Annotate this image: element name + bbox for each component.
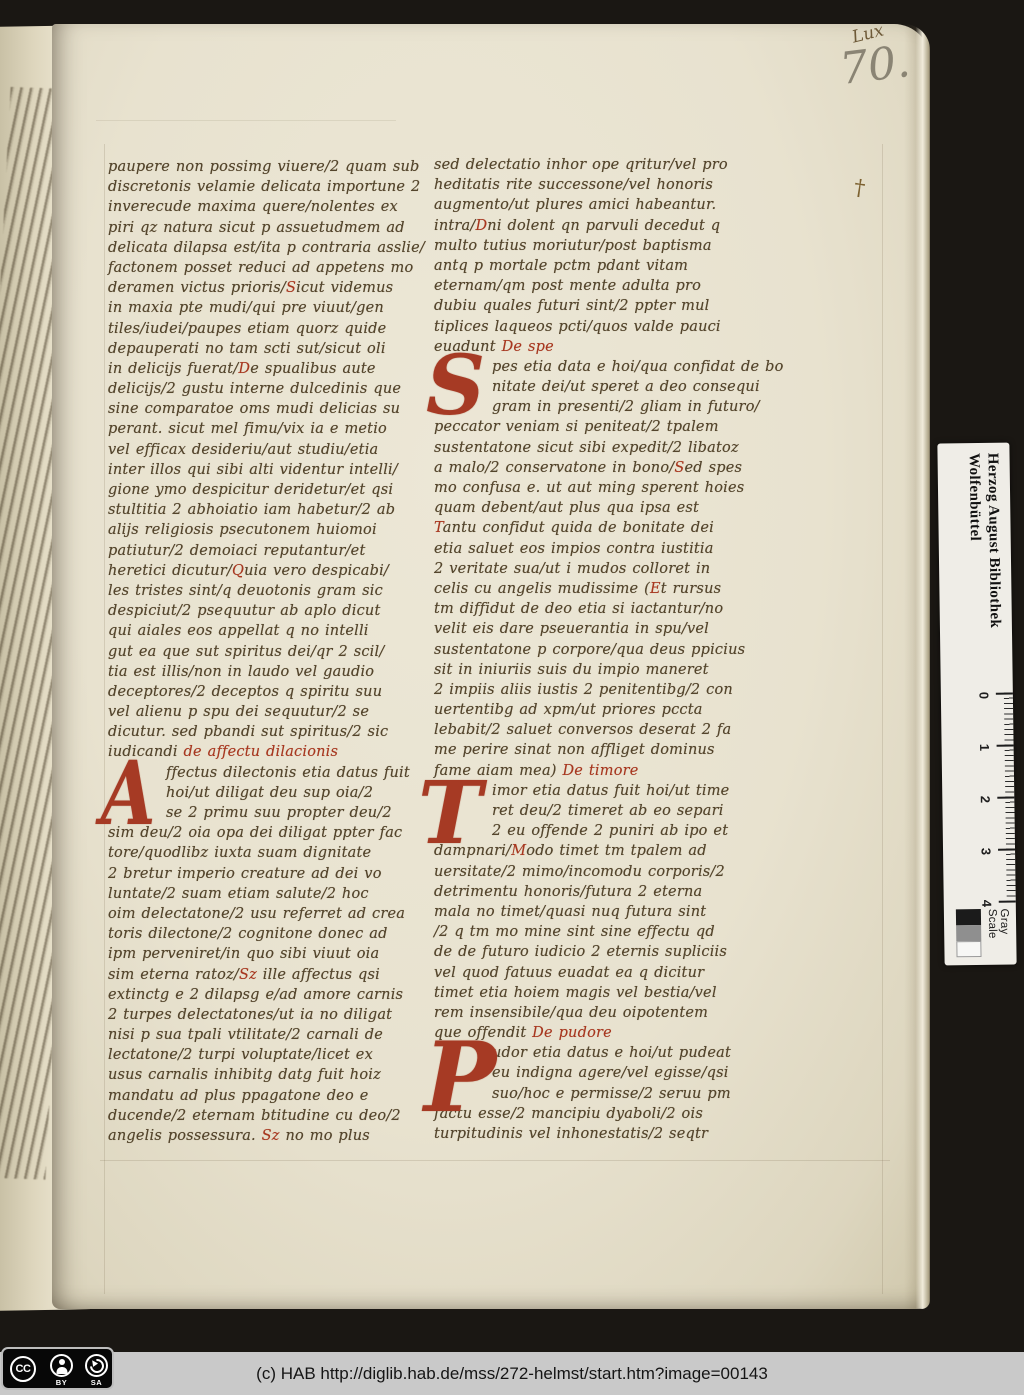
manuscript-line: 2 bretur imperio creature ad dei vo [108,864,438,884]
manuscript-line: tiles/iudei/paupes etiam quorz quide [108,319,438,339]
manuscript-line: dubiu quales futuri sint/2 ppter mul [434,296,774,316]
manuscript-line: augmento/ut plures amici habeantur. [434,195,774,215]
cc-icon-label: CC [16,1363,31,1375]
manuscript-line: extinctg e 2 dilapsg e/ad amore carnis [108,985,438,1005]
right-block-2: pes etia data e hoi/qua confidat de boni… [434,357,774,781]
library-name-line1: Herzog August Bibliothek [983,453,1005,699]
red-initial-s: S [426,353,485,420]
manuscript-line: deceptores/2 deceptos q spiritu suu [108,682,438,702]
gray-scale-label: Gray Scale [986,909,1011,959]
rubric-text: Sz [262,1128,280,1144]
rubric-text: D [475,218,487,234]
manuscript-line: me perire sinat non affliget dominus [434,740,774,760]
manuscript-line: multo tutius moriutur/post baptisma [434,236,774,256]
rubric-text: M [511,843,526,859]
caption-bar: (c) HAB http://diglib.hab.de/mss/272-hel… [0,1352,1024,1395]
gray-patch-white [956,941,981,957]
manuscript-line: alijs religiosis psecutonem huiomoi [108,520,438,540]
rubric-text: De spe [502,339,554,355]
manuscript-line: imor etia datus fuit hoi/ut time [492,781,774,801]
manuscript-line: eu indigna agere/vel egisse/qsi [492,1063,774,1083]
manuscript-line: dampnari/Modo timet tm tpalem ad [434,841,774,861]
manuscript-line: udor etia datus e hoi/ut pudeat [492,1043,774,1063]
manuscript-line: 2 eu offende 2 puniri ab ipo et [492,821,774,841]
ruler-cm-tick [997,796,1014,798]
ruler-number: 2 [978,792,993,806]
manuscript-line: de de futuro iudicio 2 eternis supliciis [434,942,774,962]
right-block-3: imor etia datus fuit hoi/ut timeret deu/… [434,781,774,1043]
manuscript-line: delicata dilapsa est/ita p contraria ass… [108,238,438,258]
share-alike-arrow-icon [85,1354,108,1377]
manuscript-line: se 2 primu suu propter deu/2 [166,803,438,823]
manuscript-line: mala no timet/quasi nuq futura sint [434,902,774,922]
rubric-text: De timore [562,763,638,779]
ruler-cm-tick [999,900,1016,902]
ruler-cm-tick [998,848,1015,850]
manuscript-line: lebabit/2 saluet conversos deserat 2 fa [434,720,774,740]
by-label: BY [50,1378,73,1387]
manuscript-line: ret deu/2 timeret ab eo separi [492,801,774,821]
manuscript-line: nisi p sua tpali vtilitate/2 carnali de [108,1025,438,1045]
crease-horizontal [100,1160,890,1161]
manuscript-line: iudicandi de affectu dilacionis [108,742,438,762]
manuscript-line: heretici dicutur/Quia vero despicabi/ [108,561,438,581]
manuscript-line: gram in presenti/2 gliam in futuro/ [492,397,774,417]
rubric-text: S [674,460,684,476]
cc-icon: CC [10,1356,36,1382]
red-initial-a: A [101,757,156,829]
ruling-line-left [104,144,105,1294]
paragraph-pudor: P udor etia datus e hoi/ut pudeateu indi… [434,1043,774,1144]
manuscript-line: etia saluet eos impios contra iustitia [434,539,774,559]
red-initial-t: T [418,779,482,850]
right-block-1: sed delectatio inhor ope qritur/vel proh… [434,155,774,357]
library-name-label: Herzog August Bibliothek Wolfenbüttel [964,453,1005,699]
manuscript-line: mo confusa e. ut aut ming sperent hoies [434,478,774,498]
folio-number: 70. [837,36,913,95]
manuscript-line: gut ea que sut spiritus dei/qr 2 scil/ [108,642,438,662]
paragraph-affectus: A ffectus dilectonis etia datus fuithoi/… [108,763,438,1147]
manuscript-line: quam debent/aut plus qua ipsa est [434,498,774,518]
manuscript-line: tia est illis/non in laudo vel gaudio [108,662,438,682]
manuscript-line: antq p mortale pctm pdant vitam [434,256,774,276]
manuscript-line: les tristes sint/q deuotonis gram sic [108,581,438,601]
manuscript-line: 2 impiis aliis iustis 2 penitentibg/2 co… [434,680,774,700]
page-leaves-edge [904,24,930,1309]
gray-patch-mid [956,925,981,941]
rubric-text: de affectu dilacionis [184,744,339,760]
manuscript-line: /2 q tm mo mine sint sine effectu qd [434,922,774,942]
manuscript-line: a malo/2 conservatone in bono/Sed spes [434,458,774,478]
manuscript-line: ducende/2 eternam btitudine cu deo/2 [108,1106,438,1126]
manuscript-line: paupere non possimg viuere/2 quam sub [108,157,438,177]
manuscript-line: luntate/2 suam etiam salute/2 hoc [108,884,438,904]
manuscript-line: tiplices laqueos pcti/quos valde pauci [434,317,774,337]
left-block-1: paupere non possimg viuere/2 quam subdis… [108,157,438,763]
photo-background: Lux 70. † paupere non possimg viuere/2 q… [0,0,1024,1395]
manuscript-line: nitate dei/ut speret a deo consequi [492,377,774,397]
manuscript-line: dicutur. sed pbandi sut spiritus/2 sic [108,722,438,742]
rubric-text: E [650,581,661,597]
manuscript-line: inter illos qui sibi alti videntur intel… [108,460,438,480]
manuscript-line: stultitia 2 abhoiatio iam habetur/2 ab [108,500,438,520]
sa-label: SA [85,1378,108,1387]
rubric-text: Q [232,563,244,579]
manuscript-line: piri qz natura sicut p assuetudmem ad [108,218,438,238]
manuscript-line: rem insensibile/qua deu oipotentem [434,1003,774,1023]
paragraph-timor: T imor etia datus fuit hoi/ut timeret de… [434,781,774,1043]
manuscript-line: oim delectatone/2 usu referret ad crea [108,904,438,924]
manuscript-line: inverecude maxima quere/nolentes ex [108,197,438,217]
manuscript-line: sim deu/2 oia opa dei diligat ppter fac [108,823,438,843]
manuscript-line: delicijs/2 gustu interne dulcedinis que [108,379,438,399]
crease-top [96,120,396,121]
manuscript-line: sustentatone sicut sibi expedit/2 libato… [434,438,774,458]
manuscript-line: fame aiam mea) De timore [434,761,774,781]
manuscript-line: 2 turpes delectatones/ut ia no diligat [108,1005,438,1025]
rubric-text: S [286,280,296,296]
manuscript-line: pes etia data e hoi/qua confidat de bo [492,357,774,377]
manuscript-line: gione ymo despicitur deridetur/et qsi [108,480,438,500]
left-block-2: ffectus dilectonis etia datus fuithoi/ut… [108,763,438,1147]
ruler-number: 1 [977,740,992,754]
paragraph-spes: S pes etia data e hoi/qua confidat de bo… [434,357,774,781]
attribution-person-icon [50,1354,73,1377]
manuscript-line: qui aiales eos appellat q no intelli [108,621,438,641]
manuscript-line: in delicijs fuerat/De spualibus aute [108,359,438,379]
gray-scale-patches: Gray Scale [956,909,1009,960]
manuscript-line: peccator veniam si peniteat/2 tpalem [434,417,774,437]
manuscript-line: vel efficax desideriu/aut studiu/etia [108,440,438,460]
manuscript-line: ipm perveniret/in quo sibi viuut oia [108,944,438,964]
red-initial-p: P [424,1039,496,1118]
manuscript-page: Lux 70. † paupere non possimg viuere/2 q… [52,24,930,1309]
manuscript-line: depauperati no tam scti sut/sicut oli [108,339,438,359]
ruling-line-right [882,144,883,1294]
manuscript-line: ffectus dilectonis etia datus fuit [166,763,438,783]
manuscript-line: sine comparatoe oms mudi delicias su [108,399,438,419]
margin-cross-mark: † [852,175,866,201]
manuscript-line: timet etia hoiem magis vel bestia/vel [434,983,774,1003]
manuscript-line: in maxia pte mudi/qui pre viuut/gen [108,298,438,318]
manuscript-line: patiutur/2 demoiaci reputantur/et [108,541,438,561]
manuscript-line: celis cu angelis mudissime (Et rursus [434,579,774,599]
rubric-text: D [238,361,250,377]
ruler-cm-tick [997,744,1014,746]
cc-license-badge: CC BY SA [1,1347,114,1390]
manuscript-line: toris dilectone/2 cognitone donec ad [108,924,438,944]
manuscript-line: uertentibg ad xpm/ut priores pccta [434,700,774,720]
rubric-text: T [434,520,443,536]
library-name-line2: Wolfenbüttel [964,453,986,699]
manuscript-line: 2 veritate sua/ut i mudos colloret in [434,559,774,579]
rubric-text: Sz [239,967,257,983]
manuscript-line: Tantu confidut quida de bonitate dei [434,518,774,538]
manuscript-line: perant. sicut mel fimu/vix ia e metio [108,419,438,439]
manuscript-line: tore/quodlibz iuxta suam dignitate [108,843,438,863]
manuscript-line: vel quod fatuus euadat ea q dicitur [434,963,774,983]
caption-text: (c) HAB http://diglib.hab.de/mss/272-hel… [256,1364,768,1384]
manuscript-line: suo/hoc e permisse/2 seruu pm [492,1084,774,1104]
manuscript-line: tm diffidut de deo etia si iactantur/no [434,599,774,619]
left-text-column: paupere non possimg viuere/2 quam subdis… [108,157,438,1146]
manuscript-line: deramen victus prioris/Sicut videmus [108,278,438,298]
ruler-scale: 0 1 2 3 4 [941,692,1016,907]
manuscript-line: vel alienu p spu dei sequutur/2 se [108,702,438,722]
manuscript-line: hoi/ut diligat deu sup oia/2 [166,783,438,803]
manuscript-line: angelis possessura. Sz no mo plus [108,1126,438,1146]
manuscript-line: factonem posset reduci ad appetens mo [108,258,438,278]
manuscript-line: eternam/qm post mente adulta pro [434,276,774,296]
right-text-column: sed delectatio inhor ope qritur/vel proh… [434,155,774,1144]
ruler-number: 0 [976,688,991,702]
manuscript-line: intra/Dni dolent qn parvuli decedut q [434,216,774,236]
manuscript-line: velit eis dare pseuerantia in spu/vel [434,619,774,639]
ruler-number: 3 [978,844,993,858]
manuscript-line: usus carnalis inhibitg datg fuit hoiz [108,1065,438,1085]
gray-patch-black [956,909,981,925]
manuscript-line: mandatu ad plus ppagatone deo e [108,1086,438,1106]
manuscript-line: sit in iniuriis suis du impio maneret [434,660,774,680]
manuscript-line: lectatone/2 turpi voluptate/licet ex [108,1045,438,1065]
manuscript-line: discretonis velamie delicata importune 2 [108,177,438,197]
manuscript-line: sed delectatio inhor ope qritur/vel pro [434,155,774,175]
manuscript-line: heditatis rite successone/vel honoris [434,175,774,195]
rubric-text: De pudore [532,1025,612,1041]
manuscript-line: sustentatone p corpore/qua deus ppicius [434,640,774,660]
manuscript-line: sim eterna ratoz/Sz ille affectus qsi [108,965,438,985]
color-calibration-card: Herzog August Bibliothek Wolfenbüttel 0 … [937,443,1016,966]
manuscript-line: despiciut/2 psequutur ab aplo dicut [108,601,438,621]
manuscript-line: detrimentu honoris/futura 2 eterna [434,882,774,902]
ruler-cm-tick [996,692,1013,694]
manuscript-line: uersitate/2 mimo/incomodu corporis/2 [434,862,774,882]
